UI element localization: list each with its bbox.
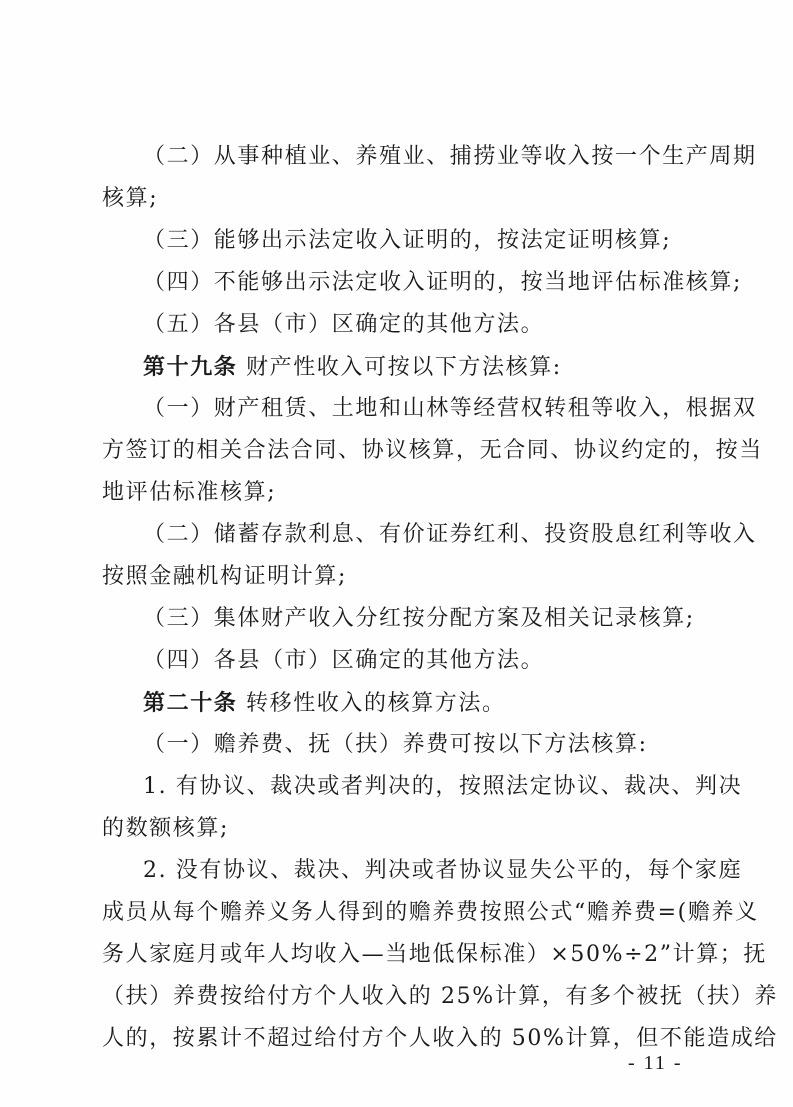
text-line: 成员从每个赡养义务人得到的赡养费按照公式“赡养费=(赡养义 [102, 898, 702, 928]
text-line: 按照金融机构证明计算; [102, 562, 702, 592]
text-line: 地评估标准核算; [102, 478, 702, 508]
text-line: （二）从事种植业、养殖业、捕捞业等收入按一个生产周期 [143, 142, 743, 172]
text-line: （一）赡养费、抚（扶）养费可按以下方法核算: [143, 730, 743, 760]
page-number: - 11 - [628, 1050, 683, 1076]
article-number: 第二十条 [143, 690, 237, 716]
text-line: 务人家庭月或年人均收入—当地低保标准）×50%÷2”计算；抚 [102, 940, 702, 970]
text-line: 核算; [102, 184, 702, 214]
text-line: （扶）养费按给付方个人收入的 25%计算，有多个被抚（扶）养 [102, 982, 702, 1012]
document-page: （二）从事种植业、养殖业、捕捞业等收入按一个生产周期 核算; （三）能够出示法定… [0, 0, 793, 1107]
text-line: （三）集体财产收入分红按分配方案及相关记录核算; [143, 604, 743, 634]
text-line: （一）财产租赁、土地和山林等经营权转租等收入，根据双 [143, 394, 743, 424]
text-line: （五）各县（市）区确定的其他方法。 [143, 310, 743, 340]
text-line: 的数额核算; [102, 814, 702, 844]
article-heading: 第二十条 转移性收入的核算方法。 [143, 688, 743, 719]
text-line: （四）不能够出示法定收入证明的，按当地评估标准核算; [143, 268, 743, 298]
article-heading: 第十九条 财产性收入可按以下方法核算: [143, 352, 743, 383]
text-line: （二）储蓄存款利息、有价证券红利、投资股息红利等收入 [143, 520, 743, 550]
text-line: 1. 有协议、裁决或者判决的，按照法定协议、裁决、判决 [143, 772, 743, 802]
text-line: （三）能够出示法定收入证明的，按法定证明核算; [143, 226, 743, 256]
text-line: （四）各县（市）区确定的其他方法。 [143, 646, 743, 676]
text-line: 人的，按累计不超过给付方个人收入的 50%计算，但不能造成给 [102, 1024, 702, 1054]
text-line: 方签订的相关合法合同、协议核算，无合同、协议约定的，按当 [102, 436, 702, 466]
text-line: 2. 没有协议、裁决、判决或者协议显失公平的，每个家庭 [143, 856, 743, 886]
article-number: 第十九条 [143, 354, 237, 380]
